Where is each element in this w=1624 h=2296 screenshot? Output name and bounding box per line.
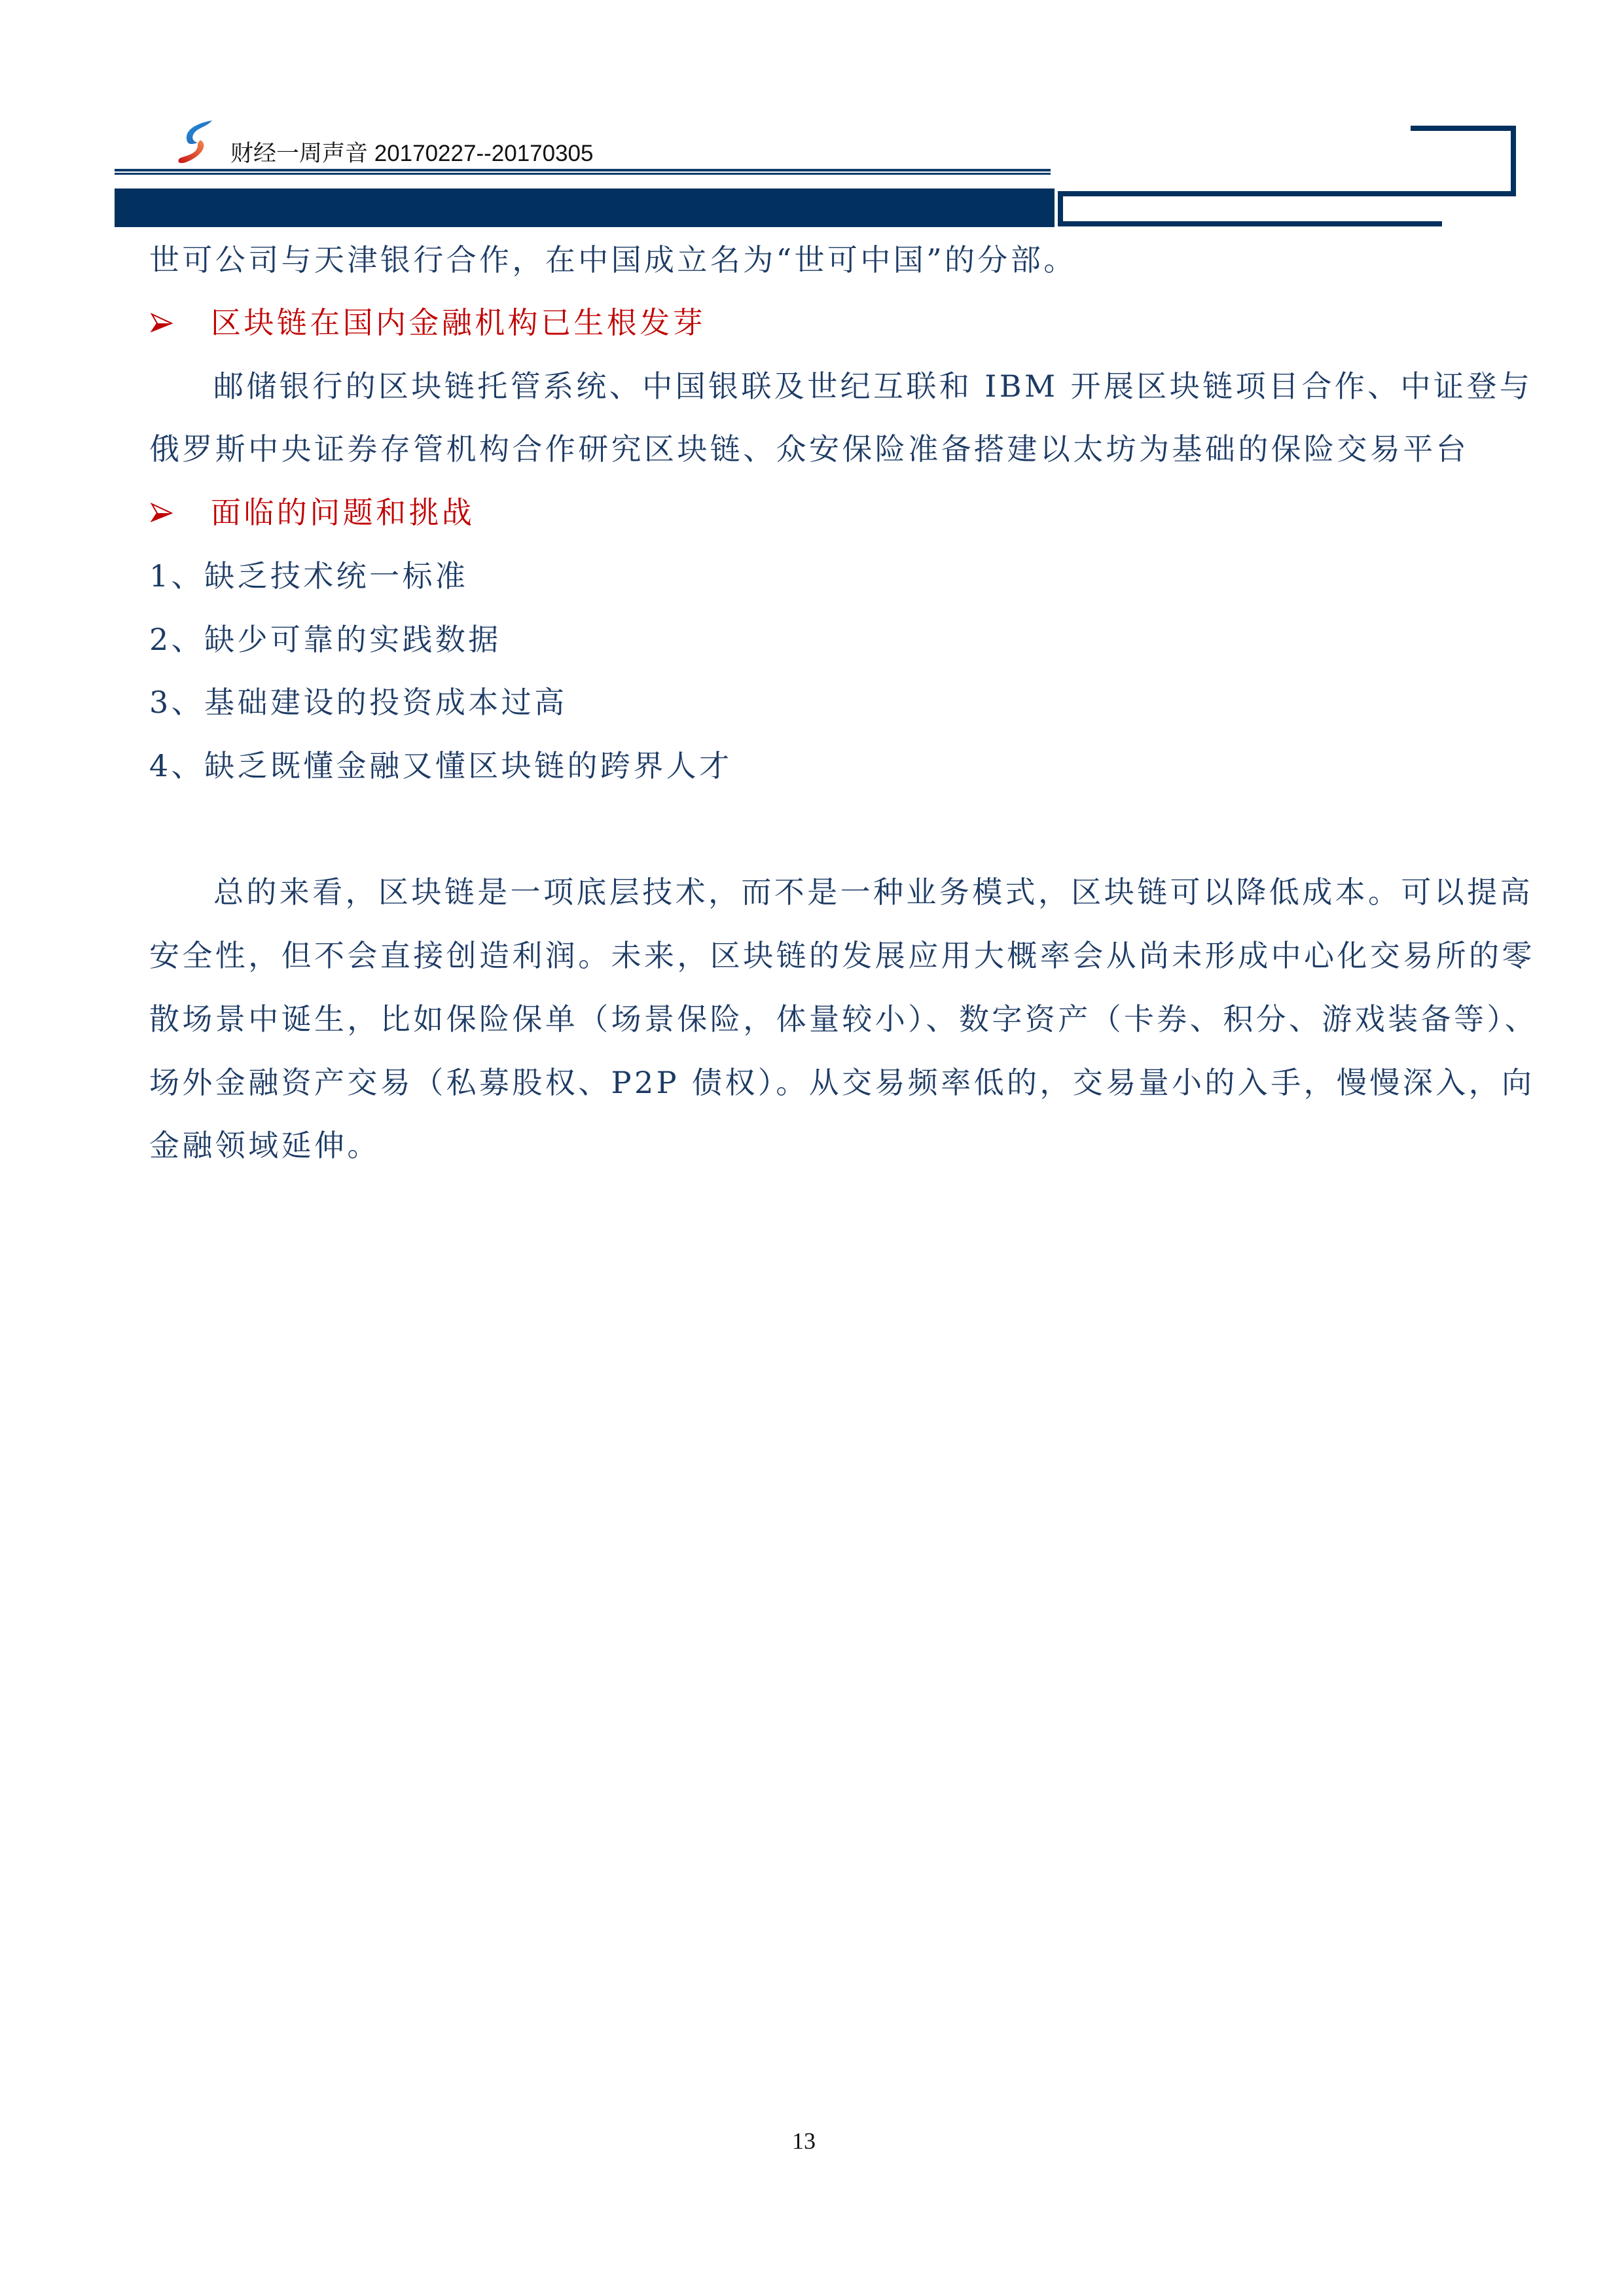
paragraph-line: 俄罗斯中央证券存管机构合作研究区块链、众安保险准备搭建以太坊为基础的保险交易平台 [149, 429, 1469, 469]
arrow-bullet-icon [151, 313, 173, 332]
arrow-bullet-icon [151, 503, 173, 522]
paragraph-line: 安全性，但不会直接创造利润。未来，区块链的发展应用大概率会从尚未形成中心化交易所… [149, 936, 1491, 975]
header-title: 财经一周声音 20170227--20170305 [230, 141, 593, 167]
header-bar [115, 188, 1055, 227]
list-item: 3、基础建设的投资成本过高 [149, 683, 567, 722]
header-rule-bottom [115, 173, 1051, 175]
page-number: 13 [792, 2127, 816, 2155]
logo-icon [171, 118, 217, 165]
section-heading-text: 区块链在国内金融机构已生根发芽 [211, 303, 706, 342]
list-item: 2、缺少可靠的实践数据 [149, 620, 501, 659]
paragraph-line: 金融领域延伸。 [149, 1126, 380, 1165]
list-item: 1、缺乏技术统一标准 [149, 556, 468, 596]
continuation-line: 世可公司与天津银行合作，在中国成立名为“世可中国”的分部。 [149, 240, 1077, 279]
paragraph-line: 总的来看，区块链是一项底层技术，而不是一种业务模式，区块链可以降低成本。可以提高 [213, 872, 1492, 912]
paragraph-line: 邮储银行的区块链托管系统、中国银联及世纪互联和 IBM 开展区块链项目合作、中证… [213, 367, 1492, 406]
section-heading-text: 面临的问题和挑战 [211, 493, 475, 532]
header-rule-top [115, 169, 1051, 171]
header-bracket-decoration [1057, 124, 1522, 229]
paragraph-line: 散场景中诞生，比如保险保单（场景保险，体量较小）、数字资产（卡券、积分、游戏装备… [149, 999, 1491, 1039]
list-item: 4、缺乏既懂金融又懂区块链的跨界人才 [149, 746, 732, 785]
paragraph-line: 场外金融资产交易（私募股权、P2P 债权）。从交易频率低的，交易量小的入手，慢慢… [149, 1063, 1491, 1102]
